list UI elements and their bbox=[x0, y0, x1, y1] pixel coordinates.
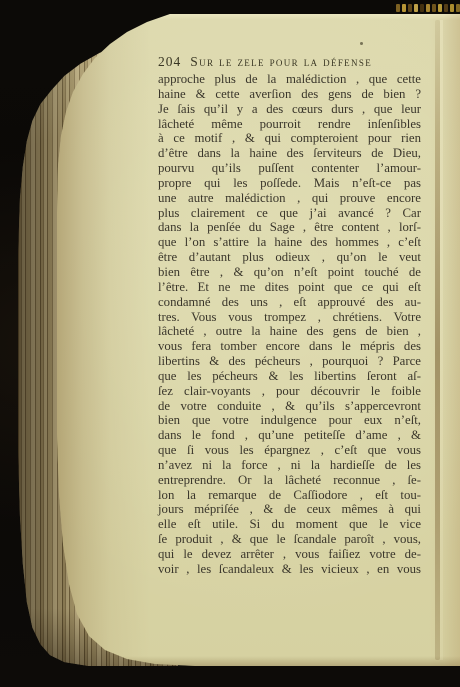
text-line: approche plus de la malédiction , que ce… bbox=[158, 72, 421, 87]
calibration-mark bbox=[402, 4, 406, 12]
text-line: à ce motif , & qui compteroient pour rie… bbox=[158, 131, 421, 146]
text-line: être d’autant plus odieux , qu’on le veu… bbox=[158, 250, 421, 265]
text-line: condamné des uns , eſt approuvé des au- bbox=[158, 295, 421, 310]
text-line: lâcheté , outre la haine des gens de bie… bbox=[158, 324, 421, 339]
text-line: haine & cette averſion des gens de bien … bbox=[158, 87, 421, 102]
text-line: lâcheté même pourroit rendre inſenſibles bbox=[158, 117, 421, 132]
calibration-mark bbox=[438, 4, 442, 12]
text-line: dans le fond , qu’une petiteſſe d’ame , … bbox=[158, 428, 421, 443]
page-right-edge-shading bbox=[444, 14, 460, 666]
text-line: entreprendre. Or la lâcheté reconnue , ſ… bbox=[158, 473, 421, 488]
calibration-mark bbox=[456, 4, 460, 12]
text-line: plus clairement ce que j’ai avancé ? Car bbox=[158, 206, 421, 221]
running-header-title: Sur le zele pour la défense bbox=[190, 54, 372, 69]
text-line: libertins & des pécheurs , pourquoi ? Pa… bbox=[158, 354, 421, 369]
text-line: une autre malédiction , qui prouve encor… bbox=[158, 191, 421, 206]
calibration-mark bbox=[408, 4, 412, 12]
text-line: que l’on s’attire la haine des hommes , … bbox=[158, 235, 421, 250]
ink-speck bbox=[360, 42, 363, 45]
page-number: 204 bbox=[158, 54, 181, 69]
gutter-crease-highlight bbox=[440, 20, 443, 660]
text-line: qui le devez arrêter , vous faiſiez votr… bbox=[158, 547, 421, 562]
text-line: propre qui les poſſede. Mais n’eſt-ce pa… bbox=[158, 176, 421, 191]
text-line: que les pécheurs & les libertins ſeront … bbox=[158, 369, 421, 384]
text-line: d’être dans la haine des ſerviteurs de D… bbox=[158, 146, 421, 161]
text-line: lon la remarque de Caſſiodore , eſt tou- bbox=[158, 488, 421, 503]
text-line: pourvu qu’ils puſſent contenter l’amour- bbox=[158, 161, 421, 176]
book-page: 204Sur le zele pour la défense approche … bbox=[55, 14, 460, 666]
calibration-mark bbox=[426, 4, 430, 12]
text-line: tres. Vous vous trompez , chrétiens. Vot… bbox=[158, 310, 421, 325]
running-header: 204Sur le zele pour la défense bbox=[158, 53, 433, 71]
calibration-mark bbox=[414, 4, 418, 12]
text-line: dans la penſée du Sage , être content , … bbox=[158, 220, 421, 235]
text-line: bien être , & qu’on n’eſt point touché d… bbox=[158, 265, 421, 280]
scanned-book-photo: 204Sur le zele pour la défense approche … bbox=[0, 0, 460, 687]
text-line: elle eſt utile. Si du moment que le vice bbox=[158, 517, 421, 532]
calibration-strip bbox=[396, 4, 460, 12]
text-line: de votre conduite , & qu’ils s’appercevr… bbox=[158, 399, 421, 414]
calibration-mark bbox=[450, 4, 454, 12]
body-text: approche plus de la malédiction , que ce… bbox=[158, 72, 421, 577]
calibration-mark bbox=[444, 4, 448, 12]
calibration-mark bbox=[432, 4, 436, 12]
text-line: ſez clair-voyants , pour découvrir le fo… bbox=[158, 384, 421, 399]
calibration-mark bbox=[420, 4, 424, 12]
text-line: l’être. Et ne me dites point que ce qui … bbox=[158, 280, 421, 295]
text-line: bien que votre indulgence pour eux n’eſt… bbox=[158, 413, 421, 428]
text-line: Je ſais qu’il y a des cœurs durs , que l… bbox=[158, 102, 421, 117]
text-line: jours mépriſée , & de ceux mêmes à qui bbox=[158, 502, 421, 517]
text-line: que ſi vous les épargnez , c’eſt que vou… bbox=[158, 443, 421, 458]
calibration-mark bbox=[396, 4, 400, 12]
text-line: voir , les ſcandaleux & les vicieux , en… bbox=[158, 562, 421, 577]
text-line: ſe produit , & que le ſcandale paroît , … bbox=[158, 532, 421, 547]
text-line: n’avez ni la force , ni la hardieſſe de … bbox=[158, 458, 421, 473]
text-line: vous fera tomber encore dans le mépris d… bbox=[158, 339, 421, 354]
